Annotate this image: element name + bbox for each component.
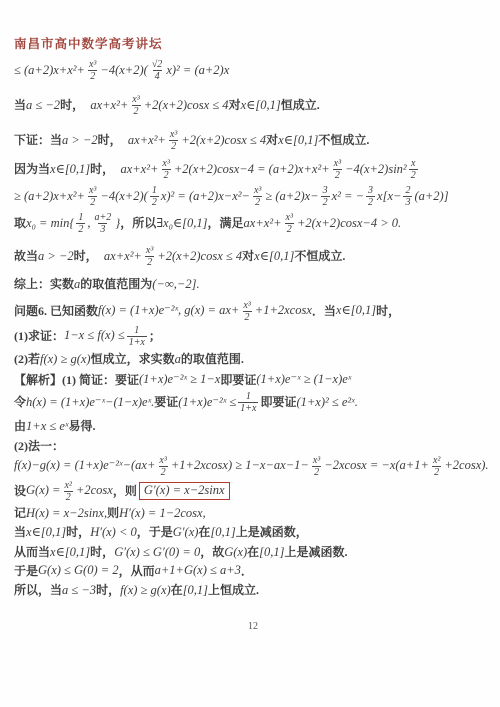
- prose-text: (2)若: [14, 352, 40, 367]
- math-line: 因为当x∈[0,1]时， ax+x²+x³2+2(x+2)cosx−4 = (a…: [14, 157, 492, 182]
- math-text: H(x) = x−2sinx,: [26, 506, 107, 522]
- fraction: x³2: [252, 185, 263, 208]
- math-text: −4(x+2)(: [100, 189, 147, 205]
- prose-text: ，满足: [208, 216, 244, 231]
- prose-text: 所以，当: [14, 583, 62, 598]
- boxed-formula: G′(x) = x−2sinx: [139, 482, 230, 500]
- prose-text: 的取值范围.: [181, 352, 244, 367]
- math-text: x∈[0,1]: [50, 162, 90, 178]
- math-line: 由1+x ≤ eˣ易得.: [14, 419, 492, 435]
- math-line: 设G(x) =x²2+2cosx，则G′(x) = x−2sinx: [14, 479, 492, 504]
- math-line: (2)若f(x) ≥ g(x)恒成立，求实数a的取值范围.: [14, 352, 492, 368]
- prose-text: 在: [171, 583, 183, 598]
- math-line: 综上：实数a的取值范围为(−∞,−2].: [14, 277, 492, 293]
- prose-text: 时，: [90, 162, 114, 177]
- math-text: H′(x) < 0: [90, 525, 137, 541]
- fraction: x²2: [431, 455, 442, 478]
- prose-text: 上是减函数.: [285, 545, 348, 560]
- math-line: 令h(x) = (1+x)e⁻ˣ−(1−x)eˣ.要证(1+x)e⁻²ˣ ≤11…: [14, 390, 492, 415]
- math-text: ax+x²+: [122, 133, 166, 149]
- prose-text: 对: [242, 249, 254, 264]
- math-text: 1−x ≤ f(x) ≤: [64, 328, 125, 344]
- math-line: 记H(x) = x−2sinx,则H′(x) = 1−2cosx,: [14, 506, 492, 522]
- math-text: +2cosx).: [444, 458, 488, 474]
- fraction: √24: [150, 59, 165, 82]
- math-text: ax+x²+: [84, 98, 128, 114]
- math-text: −4(x+2)sin²: [345, 162, 407, 178]
- prose-text: 时，: [96, 583, 120, 598]
- math-text: f(x) ≥ g(x): [120, 583, 171, 599]
- document-body: ≤ (a+2)x+x²+x³2−4(x+2)(√24x)² = (a+2)x当a…: [14, 58, 492, 599]
- fraction: x³2: [87, 59, 98, 82]
- prose-text: 问题6. 已知函数: [14, 304, 98, 319]
- prose-text: 因为当: [14, 162, 50, 177]
- math-line: 当x∈[0,1]时，H′(x) < 0，于是G′(x)在[0,1]上是减函数，: [14, 525, 492, 541]
- math-text: +2cosx: [76, 483, 113, 499]
- prose-text: 对: [229, 98, 241, 113]
- prose-text: 则: [107, 506, 119, 521]
- math-text: x∈[0,1]: [336, 303, 376, 319]
- math-text: ≤ (a+2)x+x²+: [14, 63, 85, 79]
- math-text: x[x−: [377, 189, 401, 205]
- math-text: (1+x)e⁻ˣ ≥ (1−x)eˣ: [256, 372, 351, 388]
- prose-text: 记: [14, 506, 26, 521]
- math-text: [0,1]: [259, 545, 284, 561]
- fraction: 12: [76, 212, 85, 235]
- fraction: 12: [150, 185, 159, 208]
- math-text: (1+x)e⁻²ˣ ≤: [178, 395, 236, 411]
- math-text: +2(x+2)cosx ≤ 4: [144, 98, 229, 114]
- prose-text: 当: [14, 98, 26, 113]
- math-text: [0,1]: [210, 525, 235, 541]
- prose-text: 恒成立，求实数: [91, 352, 175, 367]
- prose-text: 的取值范围为: [80, 277, 152, 292]
- prose-text: 对: [266, 133, 278, 148]
- page-title: 南昌市高中数学高考讲坛: [14, 34, 492, 50]
- math-text: x∈[0,1]: [278, 133, 318, 149]
- math-line: 当a ≤ −2时， ax+x²+x³2+2(x+2)cosx ≤ 4对x∈[0,…: [14, 93, 492, 118]
- math-text: f(x)−g(x) = (1+x)e⁻²ˣ−(ax+: [14, 458, 155, 474]
- math-text: G′(x) ≤ G′(0) = 0: [114, 545, 200, 561]
- math-text: G(x) =: [26, 483, 60, 499]
- prose-text: 时，: [66, 525, 90, 540]
- fraction: 23: [403, 185, 412, 208]
- fraction: x³2: [311, 455, 322, 478]
- prose-text: ，于是: [137, 525, 173, 540]
- math-text: (−∞,−2].: [152, 277, 199, 293]
- prose-text: 在: [198, 525, 210, 540]
- prose-text: 取: [14, 216, 26, 231]
- fraction: x³2: [87, 185, 98, 208]
- prose-text: 时，: [376, 304, 400, 319]
- math-text: ax+x²+: [114, 162, 158, 178]
- prose-text: 不恒成立.: [294, 249, 345, 264]
- prose-text: 要证: [154, 395, 178, 410]
- prose-text: 即要证: [220, 373, 256, 388]
- math-text: G′(x): [173, 525, 199, 541]
- math-line: (2)法一：: [14, 439, 492, 454]
- math-text: ax+x²+: [98, 249, 142, 265]
- math-text: 1+x ≤ eˣ: [26, 419, 68, 435]
- math-text: +2(x+2)cosx ≤ 4: [157, 249, 242, 265]
- prose-text: 当: [14, 525, 26, 540]
- math-text: −2xcosx = −x(a+1+: [324, 458, 429, 474]
- fraction: x³2: [284, 212, 295, 235]
- math-text: x∈[0,1]: [50, 545, 90, 561]
- math-text: x∈[0,1]: [241, 98, 281, 114]
- prose-text: 即要证: [260, 395, 296, 410]
- math-text: ax+x²+: [244, 216, 282, 232]
- prose-text: ，从而: [119, 564, 155, 579]
- fraction: a+23: [92, 212, 113, 235]
- prose-text: ；: [149, 329, 161, 344]
- page-number: 12: [14, 621, 492, 632]
- prose-text: 时，: [98, 133, 122, 148]
- fraction: x³2: [157, 455, 168, 478]
- math-text: ≥ (a+2)x+x²+: [14, 189, 85, 205]
- prose-text: 从而当: [14, 545, 50, 560]
- math-text: +2(x+2)cosx−4 = (a+2)x+x²+: [174, 162, 330, 178]
- fraction: x²2: [62, 480, 73, 503]
- math-line: 于是G(x) ≤ G(0) = 2，从而a+1+G(x) ≤ a+3．: [14, 563, 492, 579]
- fraction: x2: [409, 158, 418, 181]
- prose-text: 下证：当: [14, 133, 62, 148]
- math-text: +2(x+2)cosx−4 > 0.: [297, 216, 401, 232]
- math-text: H′(x) = 1−2cosx,: [119, 506, 206, 522]
- prose-text: 易得.: [68, 419, 95, 434]
- math-text: a ≤ −2: [26, 98, 60, 114]
- math-line: 所以，当a ≤ −3时，f(x) ≥ g(x)在[0,1]上恒成立.: [14, 583, 492, 599]
- math-text: x)² = (a+2)x: [166, 63, 229, 79]
- math-text: a ≤ −3: [62, 583, 96, 599]
- math-text: (1+x)e⁻²ˣ ≥ 1−x: [139, 372, 220, 388]
- math-line: 故当a > −2时， ax+x²+x³2+2(x+2)cosx ≤ 4对x∈[0…: [14, 244, 492, 269]
- prose-text: ．: [241, 564, 253, 579]
- prose-text: ，故: [200, 545, 224, 560]
- math-text: +1+2xcosx) ≥ 1−x−ax−1−: [171, 458, 309, 474]
- math-text: f(x) = (1+x)e⁻²ˣ, g(x) = ax+: [98, 303, 239, 319]
- math-line: (1)求证：1−x ≤ f(x) ≤11+x；: [14, 324, 492, 349]
- math-text: +2(x+2)cosx ≤ 4: [181, 133, 266, 149]
- prose-text: 于是: [14, 564, 38, 579]
- prose-text: 时，: [60, 98, 84, 113]
- prose-text: ．当: [312, 304, 336, 319]
- math-text: x² = −: [332, 189, 364, 205]
- fraction: 11+x: [238, 391, 258, 414]
- prose-text: 时，: [74, 249, 98, 264]
- fraction: x³2: [241, 300, 252, 323]
- prose-text: 综上：实数: [14, 277, 74, 292]
- fraction: x³2: [168, 129, 179, 152]
- prose-text: ，所以: [120, 216, 156, 231]
- math-text: x)² = (a+2)x−x²−: [161, 189, 250, 205]
- math-text: G(x): [224, 545, 247, 561]
- prose-text: (1)求证：: [14, 329, 64, 344]
- prose-text: 恒成立.: [281, 98, 320, 113]
- prose-text: 【解析】(1) 简证：要证: [14, 373, 139, 388]
- prose-text: 时，: [90, 545, 114, 560]
- math-text: −4(x+2)(: [100, 63, 147, 79]
- math-text: +1+2xcosx: [255, 303, 312, 319]
- math-line: 下证：当a > −2时， ax+x²+x³2+2(x+2)cosx ≤ 4对x∈…: [14, 128, 492, 153]
- prose-text: 令: [14, 395, 26, 410]
- math-text: x∈[0,1]: [26, 525, 66, 541]
- prose-text: 故当: [14, 249, 38, 264]
- prose-text: (2)法一：: [14, 439, 64, 454]
- math-text: ,: [87, 216, 90, 232]
- math-text: G′(x) = x−2sinx: [144, 483, 225, 499]
- math-text: f(x) ≥ g(x): [40, 352, 91, 368]
- math-text: (a+2)]: [414, 189, 448, 205]
- math-text: (1+x)² ≤ e²ˣ.: [296, 395, 357, 411]
- math-text: a > −2: [38, 249, 74, 265]
- math-line: 问题6. 已知函数f(x) = (1+x)e⁻²ˣ, g(x) = ax+x³2…: [14, 299, 492, 324]
- math-line: 从而当x∈[0,1]时，G′(x) ≤ G′(0) = 0，故G(x)在[0,1…: [14, 545, 492, 561]
- math-text: x₀ = min{: [26, 216, 74, 232]
- fraction: x³2: [332, 158, 343, 181]
- math-text: a+1+G(x) ≤ a+3: [155, 563, 241, 579]
- document-page: 南昌市高中数学高考讲坛 ≤ (a+2)x+x²+x³2−4(x+2)(√24x)…: [0, 0, 500, 707]
- prose-text: 在: [247, 545, 259, 560]
- fraction: x³2: [130, 94, 141, 117]
- fraction: 11+x: [127, 325, 147, 348]
- prose-text: 不恒成立.: [318, 133, 369, 148]
- prose-text: 上是减函数，: [236, 525, 308, 540]
- math-line: 取x₀ = min{12,a+23}，所以∃x₀∈[0,1]，满足ax+x²+x…: [14, 211, 492, 236]
- fraction: x³2: [160, 158, 171, 181]
- fraction: 32: [321, 185, 330, 208]
- math-line: ≤ (a+2)x+x²+x³2−4(x+2)(√24x)² = (a+2)x: [14, 58, 492, 83]
- fraction: 32: [366, 185, 375, 208]
- math-line: 【解析】(1) 简证：要证(1+x)e⁻²ˣ ≥ 1−x即要证(1+x)e⁻ˣ …: [14, 372, 492, 388]
- prose-text: 上恒成立.: [208, 583, 259, 598]
- math-line: f(x)−g(x) = (1+x)e⁻²ˣ−(ax+x³2+1+2xcosx) …: [14, 454, 492, 479]
- prose-text: ，则: [113, 484, 137, 499]
- prose-text: 设: [14, 484, 26, 499]
- math-text: ≥ (a+2)x−: [265, 189, 318, 205]
- math-text: ∃x₀∈[0,1]: [156, 216, 207, 232]
- fraction: x³2: [144, 245, 155, 268]
- prose-text: 由: [14, 419, 26, 434]
- math-line: ≥ (a+2)x+x²+x³2−4(x+2)(12x)² = (a+2)x−x²…: [14, 184, 492, 209]
- math-text: [0,1]: [183, 583, 208, 599]
- math-text: x∈[0,1]: [254, 249, 294, 265]
- math-text: G(x) ≤ G(0) = 2: [38, 563, 119, 579]
- math-text: h(x) = (1+x)e⁻ˣ−(1−x)eˣ.: [26, 395, 154, 411]
- math-text: a > −2: [62, 133, 98, 149]
